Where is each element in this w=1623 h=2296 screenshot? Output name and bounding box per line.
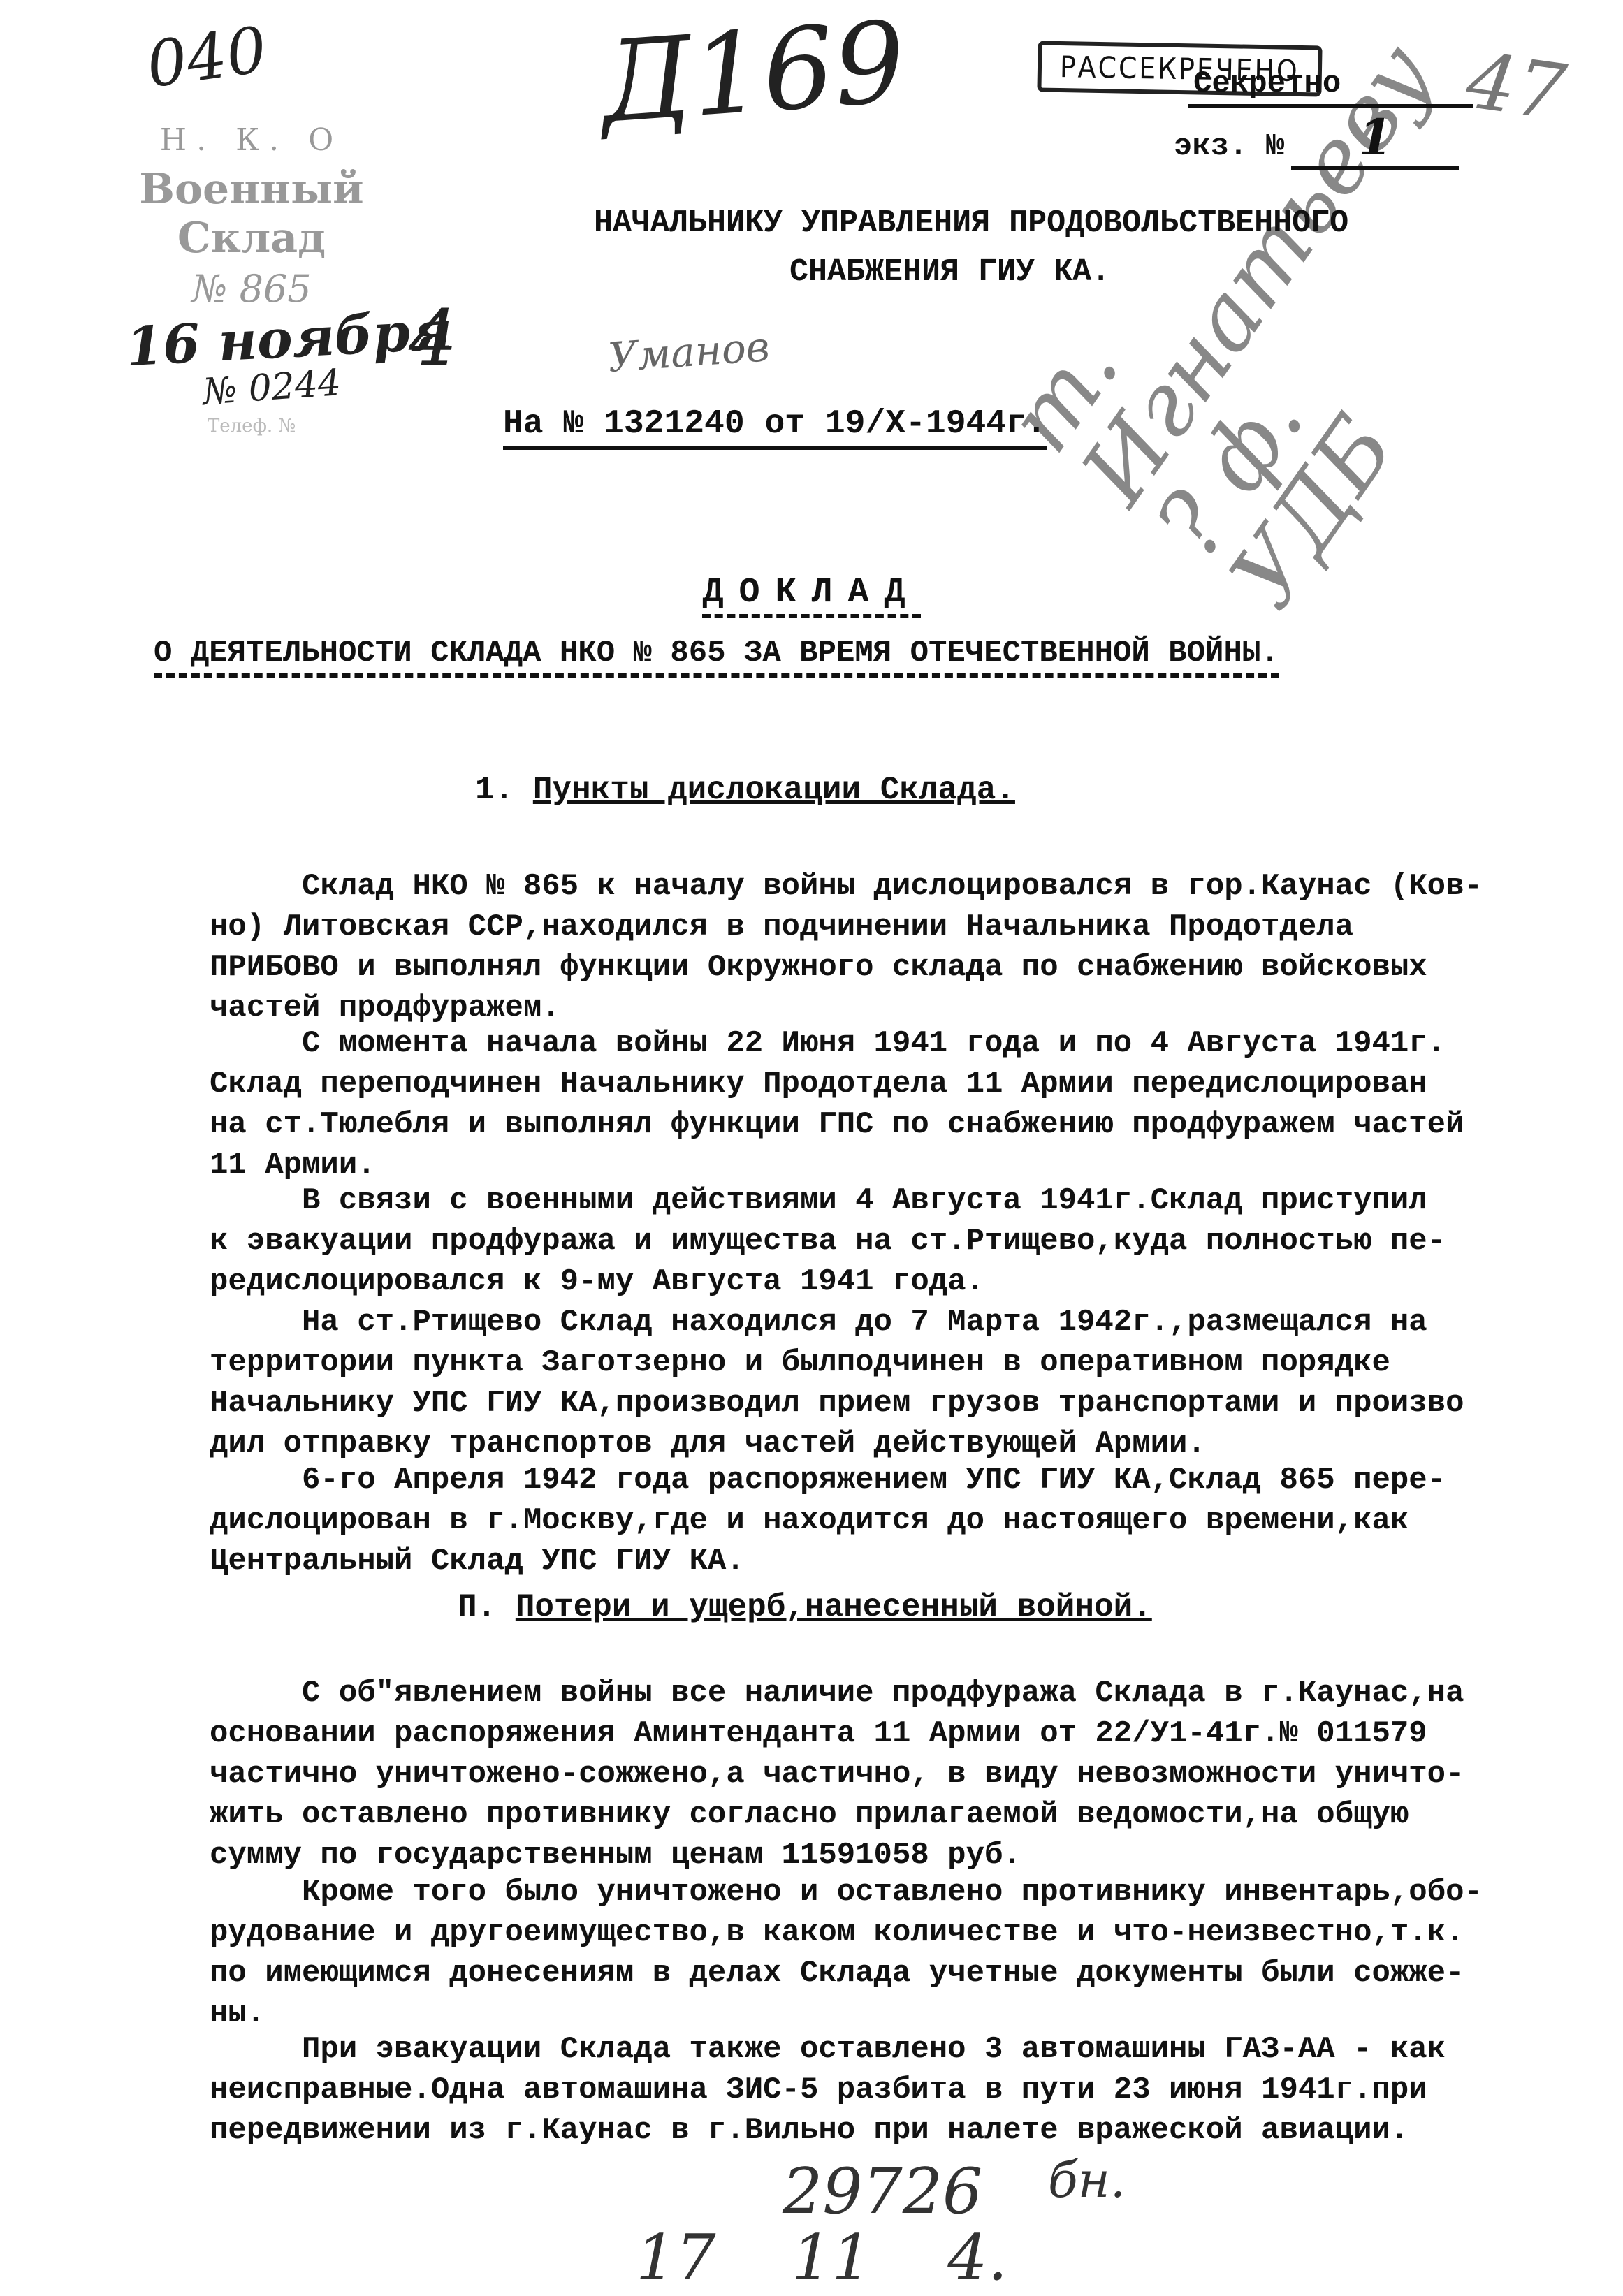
handwritten-note-top-left: 040 — [143, 13, 272, 103]
copy-label: экз. № — [1174, 129, 1284, 164]
section-2-number: П. — [458, 1589, 496, 1625]
document-title: ДОКЛАД — [0, 573, 1623, 613]
secret-label: Секретно — [1188, 66, 1473, 108]
handwritten-page-number: 47 — [1462, 36, 1571, 138]
handwritten-note-top-center: Д169 — [597, 0, 909, 148]
document-title-text: ДОКЛАД — [702, 573, 920, 618]
stamp-phone: Телеф. № — [105, 416, 398, 437]
addressee-line-2: СНАБЖЕНИЯ ГИУ КА. — [594, 248, 1467, 297]
section-1-paragraph-4: 6-го Апреля 1942 года распоряжением УПС … — [210, 1460, 1621, 1581]
section-2-paragraph-2: Кроме того было уничтожено и оставлено п… — [210, 1872, 1621, 2034]
section-1-heading: 1. Пункты дислокации Склада. — [475, 772, 1015, 808]
section-1-number: 1. — [475, 772, 514, 808]
copy-number: 1 — [1291, 108, 1459, 170]
stamp-org: Н. К. О — [105, 122, 398, 158]
section-2-title: Потери и ущерб,нанесенный войной. — [516, 1589, 1152, 1625]
addressee-line-1: НАЧАЛЬНИКУ УПРАВЛЕНИЯ ПРОДОВОЛЬСТВЕННОГО — [594, 199, 1467, 248]
stamp-warehouse: Военный Склад — [105, 165, 398, 263]
handwritten-bottom-number: 29726 — [783, 2155, 982, 2228]
handwritten-bottom-date: 17 11 4. — [636, 2221, 1007, 2295]
section-2-heading: П. Потери и ущерб,нанесенный войной. — [458, 1589, 1152, 1625]
section-2-paragraph-3: При эвакуации Склада также оставлено 3 а… — [210, 2029, 1621, 2151]
handwritten-bottom-suffix: бн. — [1048, 2151, 1126, 2209]
registration-year-digit: 4 — [409, 293, 458, 383]
addressee: НАЧАЛЬНИКУ УПРАВЛЕНИЯ ПРОДОВОЛЬСТВЕННОГО… — [594, 199, 1467, 297]
section-2-paragraph-1: С об"явлением войны все наличие продфура… — [210, 1673, 1621, 1875]
handwritten-name: Уманов — [606, 323, 771, 381]
section-1-paragraph-2: С момента начала войны 22 Июня 1941 года… — [210, 1023, 1621, 1185]
section-1-paragraph-3: В связи с военными действиями 4 Августа … — [210, 1180, 1621, 1464]
copy-number-field: экз. №1 — [1174, 108, 1459, 170]
section-1-title: Пункты дислокации Склада. — [533, 772, 1015, 808]
section-1-paragraph-1: Склад НКО № 865 к началу войны дислоциро… — [210, 866, 1621, 1028]
reference-number: На № 1321240 от 19/Х-1944г. — [503, 405, 1047, 450]
document-subtitle: О ДЕЯТЕЛЬНОСТИ СКЛАДА НКО № 865 ЗА ВРЕМЯ… — [154, 636, 1279, 678]
